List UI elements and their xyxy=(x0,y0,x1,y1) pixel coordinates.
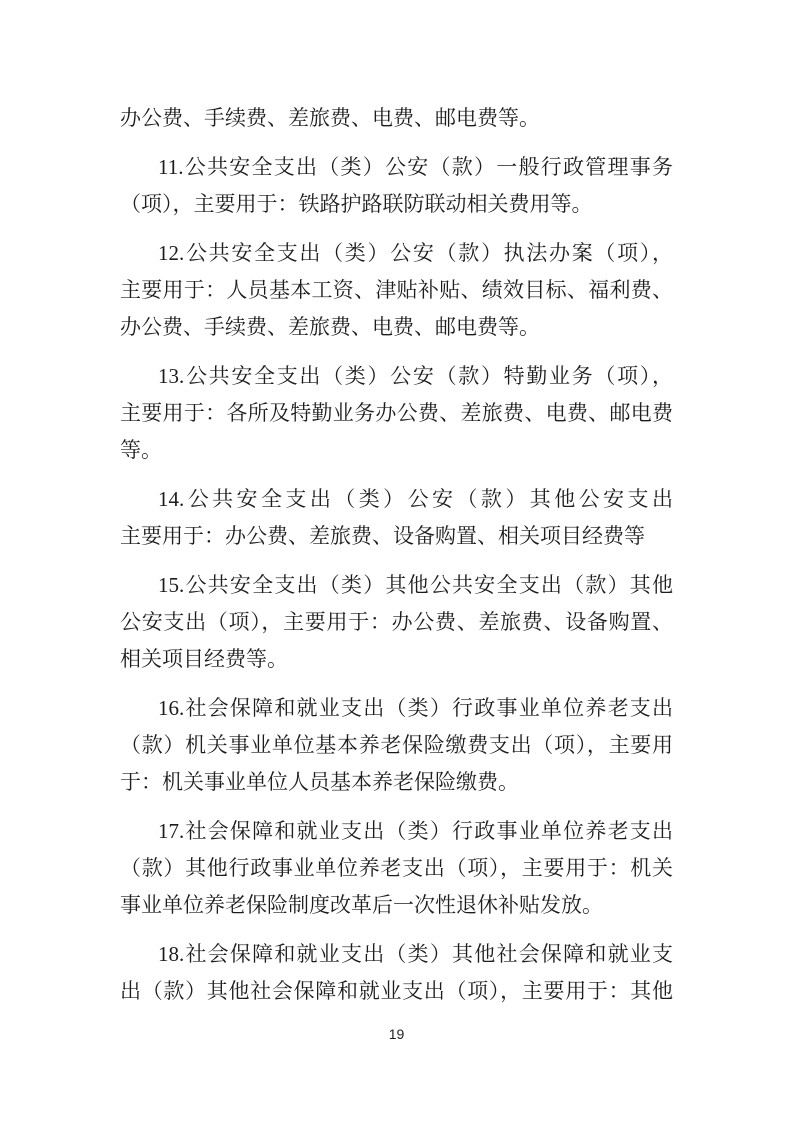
text-line: 相关项目经费等。 xyxy=(120,641,673,678)
paragraph: 15.公共安全支出（类）其他公共安全支出（款）其他公安支出（项），主要用于：办公… xyxy=(120,567,673,678)
text-line: 12.公共安全支出（类）公安（款）执法办案（项）， xyxy=(120,235,673,272)
text-line: 于：机关事业单位人员基本养老保险缴费。 xyxy=(120,764,673,801)
text-line: （款）其他行政事业单位养老支出（项），主要用于：机关 xyxy=(120,850,673,887)
paragraph: 18.社会保障和就业支出（类）其他社会保障和就业支出（款）其他社会保障和就业支出… xyxy=(120,936,673,1010)
text-line: 办公费、手续费、差旅费、电费、邮电费等。 xyxy=(120,100,673,137)
text-line: 16.社会保障和就业支出（类）行政事业单位养老支出 xyxy=(120,690,673,727)
text-line: 主要用于：各所及特勤业务办公费、差旅费、电费、邮电费 xyxy=(120,395,673,432)
text-line: 事业单位养老保险制度改革后一次性退休补贴发放。 xyxy=(120,887,673,924)
text-line: 13.公共安全支出（类）公安（款）特勤业务（项）， xyxy=(120,358,673,395)
text-line: 等。 xyxy=(120,432,673,469)
text-line: 15.公共安全支出（类）其他公共安全支出（款）其他 xyxy=(120,567,673,604)
text-line: 主要用于：办公费、差旅费、设备购置、相关项目经费等 xyxy=(120,518,673,555)
page-number: 19 xyxy=(0,1026,793,1042)
paragraph: 13.公共安全支出（类）公安（款）特勤业务（项），主要用于：各所及特勤业务办公费… xyxy=(120,358,673,469)
paragraph: 14.公共安全支出（类）公安（款）其他公安支出（项），主要用于：办公费、差旅费、… xyxy=(120,481,673,555)
document-page: 办公费、手续费、差旅费、电费、邮电费等。11.公共安全支出（类）公安（款）一般行… xyxy=(0,0,793,1122)
paragraph: 办公费、手续费、差旅费、电费、邮电费等。 xyxy=(120,100,673,137)
text-line: 办公费、手续费、差旅费、电费、邮电费等。 xyxy=(120,309,673,346)
text-line: 公安支出（项），主要用于：办公费、差旅费、设备购置、 xyxy=(120,604,673,641)
paragraph: 12.公共安全支出（类）公安（款）执法办案（项），主要用于：人员基本工资、津贴补… xyxy=(120,235,673,346)
text-line: （项），主要用于：铁路护路联防联动相关费用等。 xyxy=(120,186,673,223)
text-line: 14.公共安全支出（类）公安（款）其他公安支出（项）， xyxy=(120,481,673,518)
text-line: 主要用于：人员基本工资、津贴补贴、绩效目标、福利费、 xyxy=(120,272,673,309)
paragraph: 17.社会保障和就业支出（类）行政事业单位养老支出（款）其他行政事业单位养老支出… xyxy=(120,813,673,924)
text-line: 11.公共安全支出（类）公安（款）一般行政管理事务 xyxy=(120,149,673,186)
document-body: 办公费、手续费、差旅费、电费、邮电费等。11.公共安全支出（类）公安（款）一般行… xyxy=(120,100,673,1010)
paragraph: 16.社会保障和就业支出（类）行政事业单位养老支出（款）机关事业单位基本养老保险… xyxy=(120,690,673,801)
text-line: 出（款）其他社会保障和就业支出（项），主要用于：其他 xyxy=(120,973,673,1010)
paragraph: 11.公共安全支出（类）公安（款）一般行政管理事务（项），主要用于：铁路护路联防… xyxy=(120,149,673,223)
text-line: 17.社会保障和就业支出（类）行政事业单位养老支出 xyxy=(120,813,673,850)
text-line: （款）机关事业单位基本养老保险缴费支出（项），主要用 xyxy=(120,727,673,764)
text-line: 18.社会保障和就业支出（类）其他社会保障和就业支 xyxy=(120,936,673,973)
